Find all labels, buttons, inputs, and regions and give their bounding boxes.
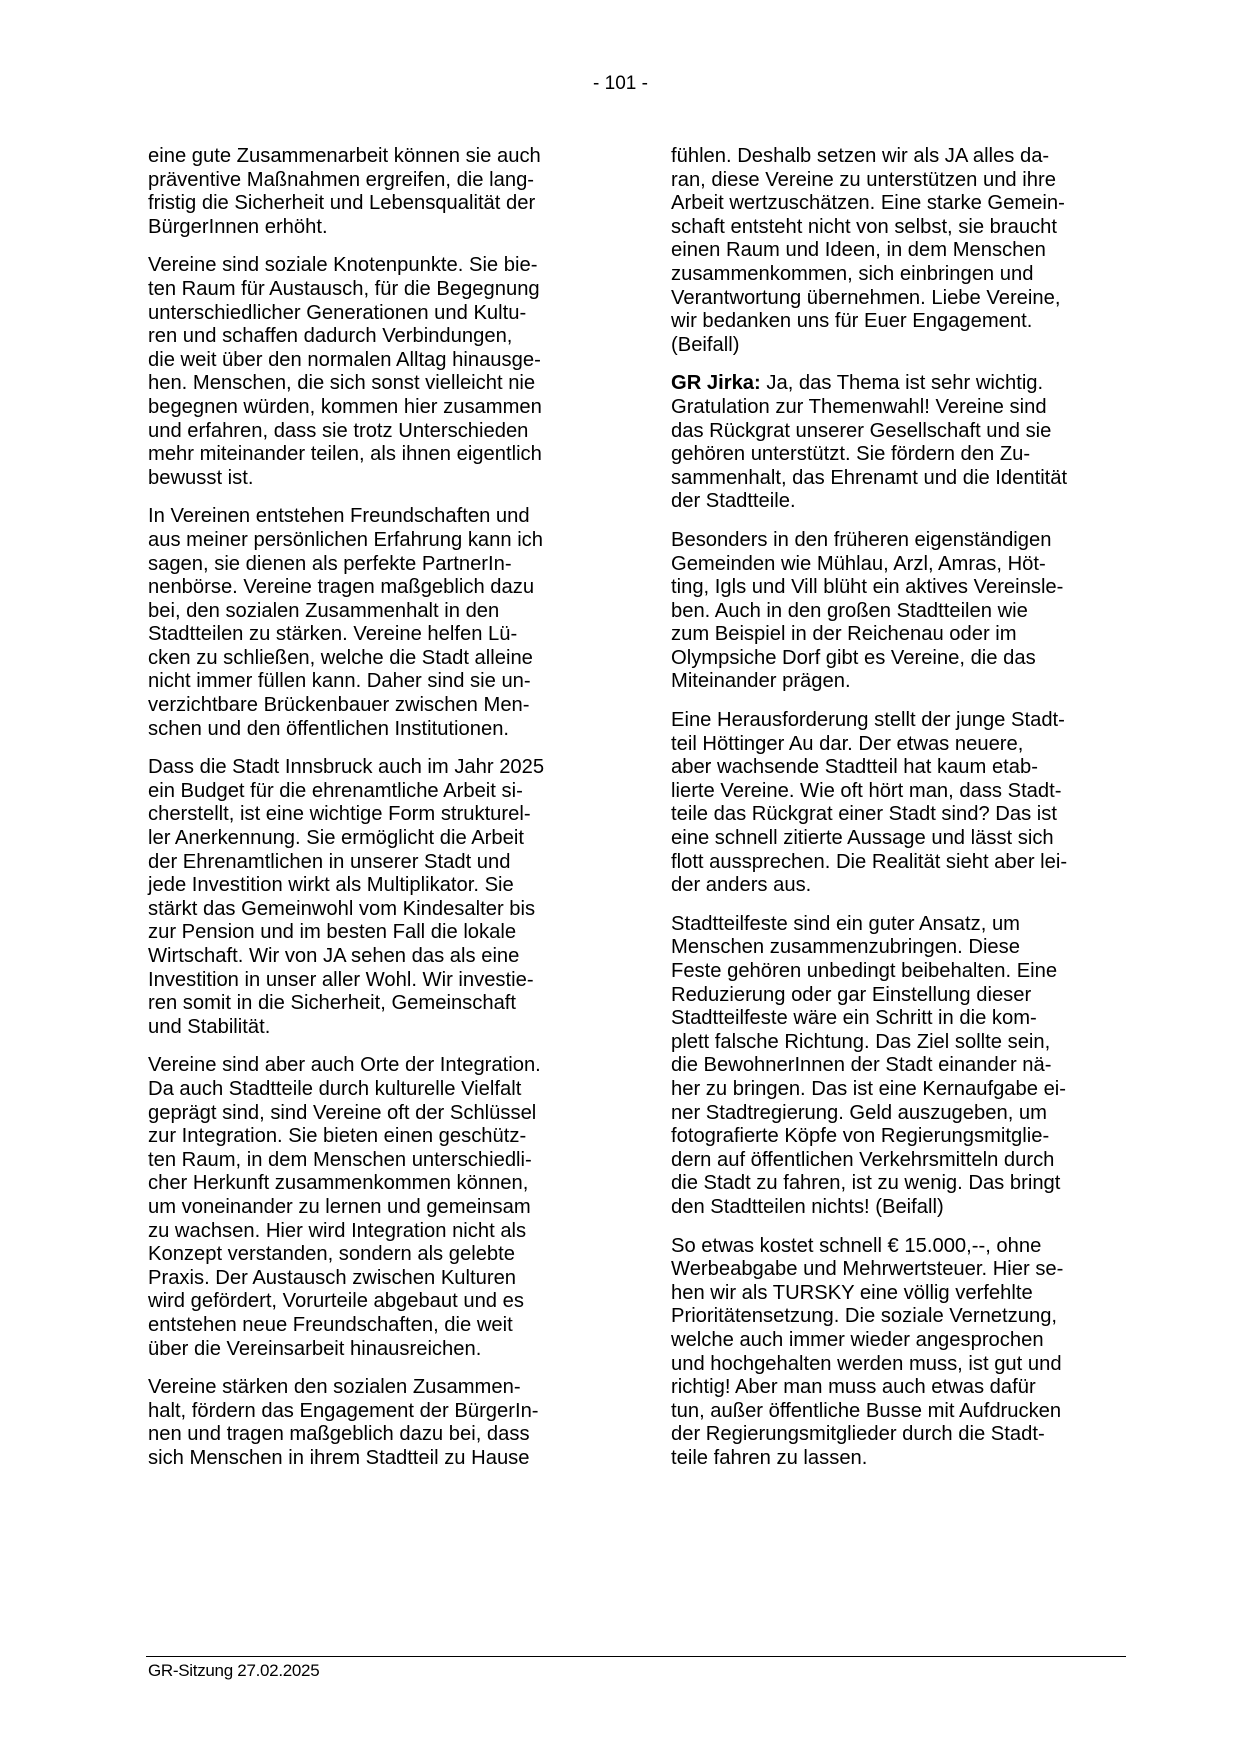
paragraph: So etwas kostet schnell € 15.000,--, ohn… xyxy=(671,1235,1126,1471)
paragraph: Vereine sind aber auch Orte der Integrat… xyxy=(148,1054,598,1361)
right-column: fühlen. Deshalb setzen wir als JA alles … xyxy=(671,145,1126,1485)
paragraph: Stadtteilfeste sind ein guter Ansatz, um… xyxy=(671,913,1126,1220)
paragraph: Besonders in den früheren eigenständigen… xyxy=(671,529,1126,694)
paragraph: Eine Herausforderung stellt der junge St… xyxy=(671,709,1126,898)
footer-text: GR-Sitzung 27.02.2025 xyxy=(148,1661,319,1681)
footer-divider xyxy=(146,1656,1126,1657)
speaker-name: GR Jirka: xyxy=(671,372,761,394)
speech-paragraph: GR Jirka: Ja, das Thema ist sehr wichtig… xyxy=(671,372,1126,514)
left-column: eine gute Zusammenarbeit können sie auch… xyxy=(148,145,598,1485)
page-number: - 101 - xyxy=(0,73,1241,95)
paragraph: eine gute Zusammenarbeit können sie auch… xyxy=(148,145,598,239)
paragraph: Vereine stärken den sozialen Zusammen- h… xyxy=(148,1376,598,1470)
paragraph: Dass die Stadt Innsbruck auch im Jahr 20… xyxy=(148,756,598,1039)
paragraph: fühlen. Deshalb setzen wir als JA alles … xyxy=(671,145,1126,357)
paragraph: Vereine sind soziale Knotenpunkte. Sie b… xyxy=(148,254,598,490)
paragraph: In Vereinen entstehen Freundschaften und… xyxy=(148,505,598,741)
